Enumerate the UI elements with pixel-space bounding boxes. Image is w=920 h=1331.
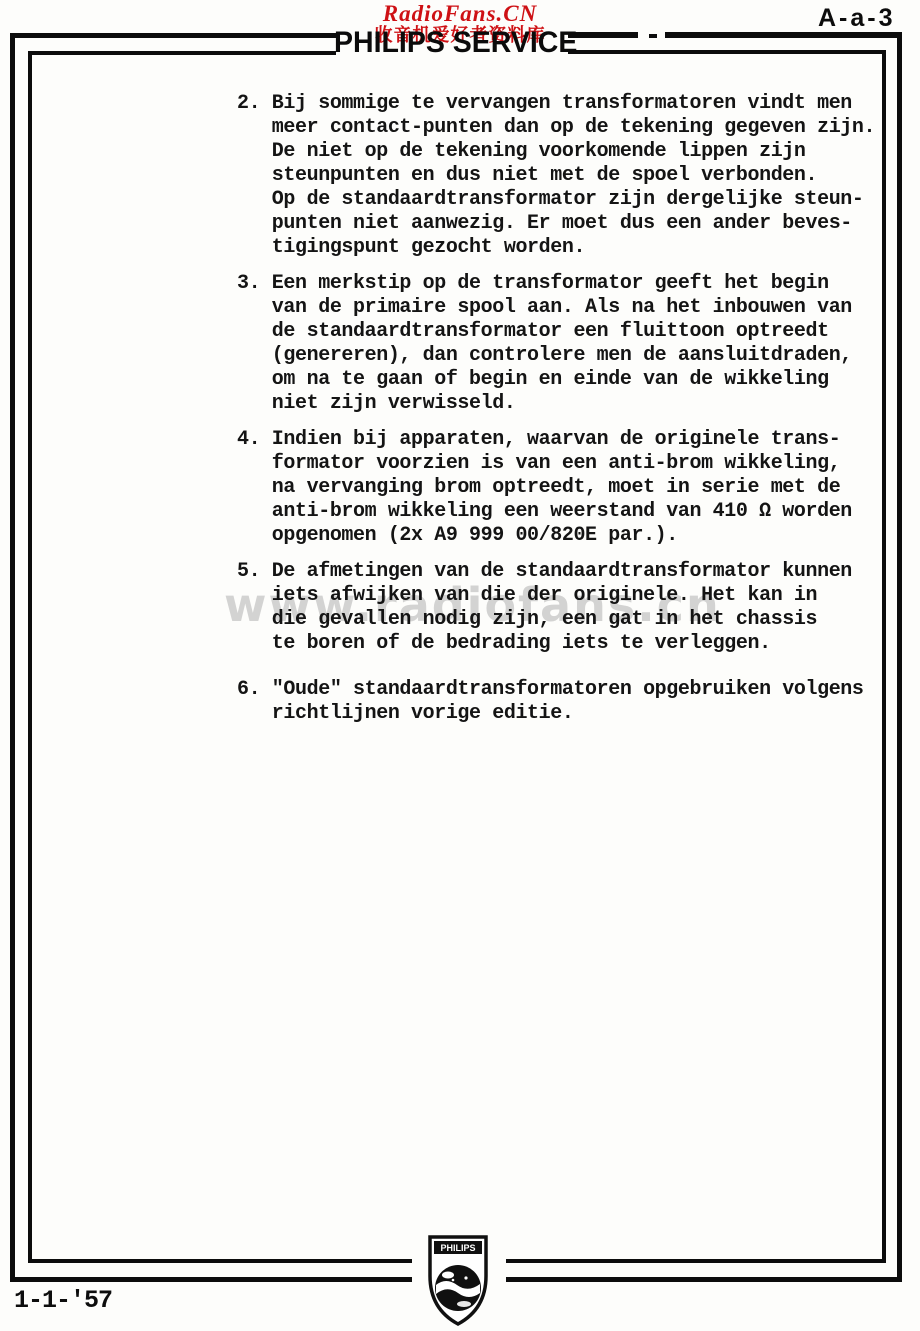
radiofans-site-name: RadioFans.CN: [330, 2, 590, 26]
inner-border-left: [28, 51, 32, 1263]
inner-border-top-right-segment: [568, 50, 886, 54]
paragraph-3: 3. Een merkstip op de transformator geef…: [237, 272, 917, 416]
document-body: 2. Bij sommige te vervangen transformato…: [237, 92, 917, 738]
edition-date: 1-1-'57: [14, 1286, 112, 1315]
paragraph-2: 2. Bij sommige te vervangen transformato…: [237, 92, 917, 260]
paragraph-4: 4. Indien bij apparaten, waarvan de orig…: [237, 428, 917, 548]
inner-border-top-left-segment: [28, 51, 336, 55]
logo-wordmark: PHILIPS: [440, 1243, 475, 1253]
outer-border-top-left-segment: [10, 33, 336, 38]
scanned-service-page: RadioFans.CN 收音机爱好者资料库 A-a-3 PHILIPS SER…: [0, 0, 920, 1331]
page-code: A-a-3: [818, 4, 896, 33]
philips-service-header: PHILIPS SERVICE: [334, 26, 577, 60]
paragraph-5: 5. De afmetingen van de standaardtransfo…: [237, 560, 917, 656]
paragraph-6: 6. "Oude" standaardtransformatoren opgeb…: [237, 678, 917, 726]
outer-border-left: [10, 33, 15, 1282]
philips-shield-logo: PHILIPS: [426, 1234, 490, 1328]
outer-border-top-right-dot: [649, 34, 657, 38]
